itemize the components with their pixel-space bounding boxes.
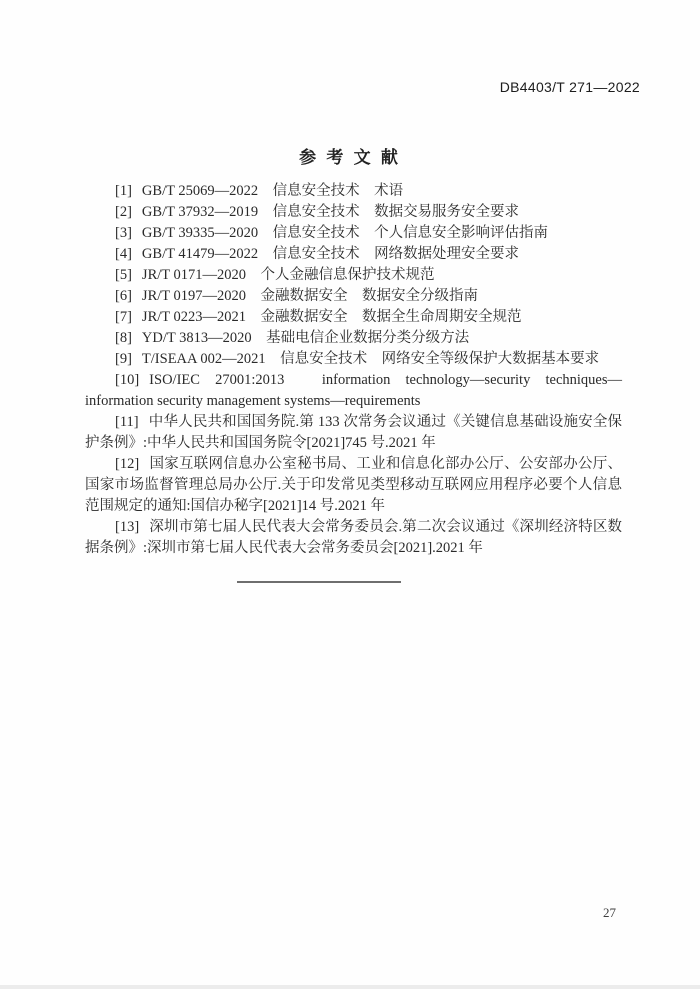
end-of-document-rule: [237, 581, 401, 583]
reference-item: [12]国家互联网信息办公室秘书局、工业和信息化部办公厅、公安部办公厅、国家市场…: [85, 454, 622, 517]
reference-item: [5]JR/T 0171—2020 个人金融信息保护技术规范: [85, 265, 622, 286]
reference-item: [9]T/ISEAA 002—2021 信息安全技术 网络安全等级保护大数据基本…: [85, 349, 622, 370]
header-doc-code: DB4403/T 271—2022: [500, 79, 640, 95]
reference-label: [11]: [115, 414, 139, 430]
reference-text: ISO/IEC 27001:2013 information technolog…: [85, 372, 622, 409]
reference-label: [10]: [115, 372, 139, 388]
reference-item: [3]GB/T 39335—2020 信息安全技术 个人信息安全影响评估指南: [85, 223, 622, 244]
reference-label: [13]: [115, 519, 139, 535]
reference-text: GB/T 39335—2020 信息安全技术 个人信息安全影响评估指南: [142, 225, 548, 241]
reference-label: [3]: [115, 225, 132, 241]
reference-label: [8]: [115, 330, 132, 346]
reference-item: [11]中华人民共和国国务院.第 133 次常务会议通过《关键信息基础设施安全保…: [85, 412, 622, 454]
reference-text: 中华人民共和国国务院.第 133 次常务会议通过《关键信息基础设施安全保护条例》…: [85, 414, 622, 451]
reference-label: [4]: [115, 246, 132, 262]
reference-label: [12]: [115, 456, 139, 472]
reference-item: [2]GB/T 37932—2019 信息安全技术 数据交易服务安全要求: [85, 202, 622, 223]
reference-label: [6]: [115, 288, 132, 304]
reference-text: JR/T 0223—2021 金融数据安全 数据全生命周期安全规范: [142, 309, 522, 325]
reference-text: GB/T 37932—2019 信息安全技术 数据交易服务安全要求: [142, 204, 519, 220]
reference-label: [9]: [115, 351, 132, 367]
reference-item: [10]ISO/IEC 27001:2013 information techn…: [85, 370, 622, 412]
reference-text: GB/T 41479—2022 信息安全技术 网络数据处理安全要求: [142, 246, 519, 262]
page-number: 27: [603, 905, 616, 921]
reference-label: [1]: [115, 183, 132, 199]
reference-text: T/ISEAA 002—2021 信息安全技术 网络安全等级保护大数据基本要求: [142, 351, 599, 367]
reference-text: 深圳市第七届人民代表大会常务委员会.第二次会议通过《深圳经济特区数据条例》:深圳…: [85, 519, 622, 556]
reference-text: JR/T 0171—2020 个人金融信息保护技术规范: [142, 267, 435, 283]
reference-text: YD/T 3813—2020 基础电信企业数据分类分级方法: [142, 330, 469, 346]
scan-bottom-edge: [0, 985, 700, 989]
reference-item: [4]GB/T 41479—2022 信息安全技术 网络数据处理安全要求: [85, 244, 622, 265]
reference-item: [6]JR/T 0197—2020 金融数据安全 数据安全分级指南: [85, 286, 622, 307]
reference-label: [5]: [115, 267, 132, 283]
references-list: [1]GB/T 25069—2022 信息安全技术 术语 [2]GB/T 379…: [85, 181, 622, 559]
reference-item: [13]深圳市第七届人民代表大会常务委员会.第二次会议通过《深圳经济特区数据条例…: [85, 517, 622, 559]
reference-text: GB/T 25069—2022 信息安全技术 术语: [142, 183, 403, 199]
section-title: 参 考 文 献: [0, 143, 700, 168]
reference-item: [1]GB/T 25069—2022 信息安全技术 术语: [85, 181, 622, 202]
reference-label: [2]: [115, 204, 132, 220]
reference-text: JR/T 0197—2020 金融数据安全 数据安全分级指南: [142, 288, 478, 304]
reference-item: [8]YD/T 3813—2020 基础电信企业数据分类分级方法: [85, 328, 622, 349]
reference-text: 国家互联网信息办公室秘书局、工业和信息化部办公厅、公安部办公厅、国家市场监督管理…: [85, 456, 622, 514]
reference-label: [7]: [115, 309, 132, 325]
reference-item: [7]JR/T 0223—2021 金融数据安全 数据全生命周期安全规范: [85, 307, 622, 328]
document-page: DB4403/T 271—2022 参 考 文 献 [1]GB/T 25069—…: [0, 0, 700, 989]
